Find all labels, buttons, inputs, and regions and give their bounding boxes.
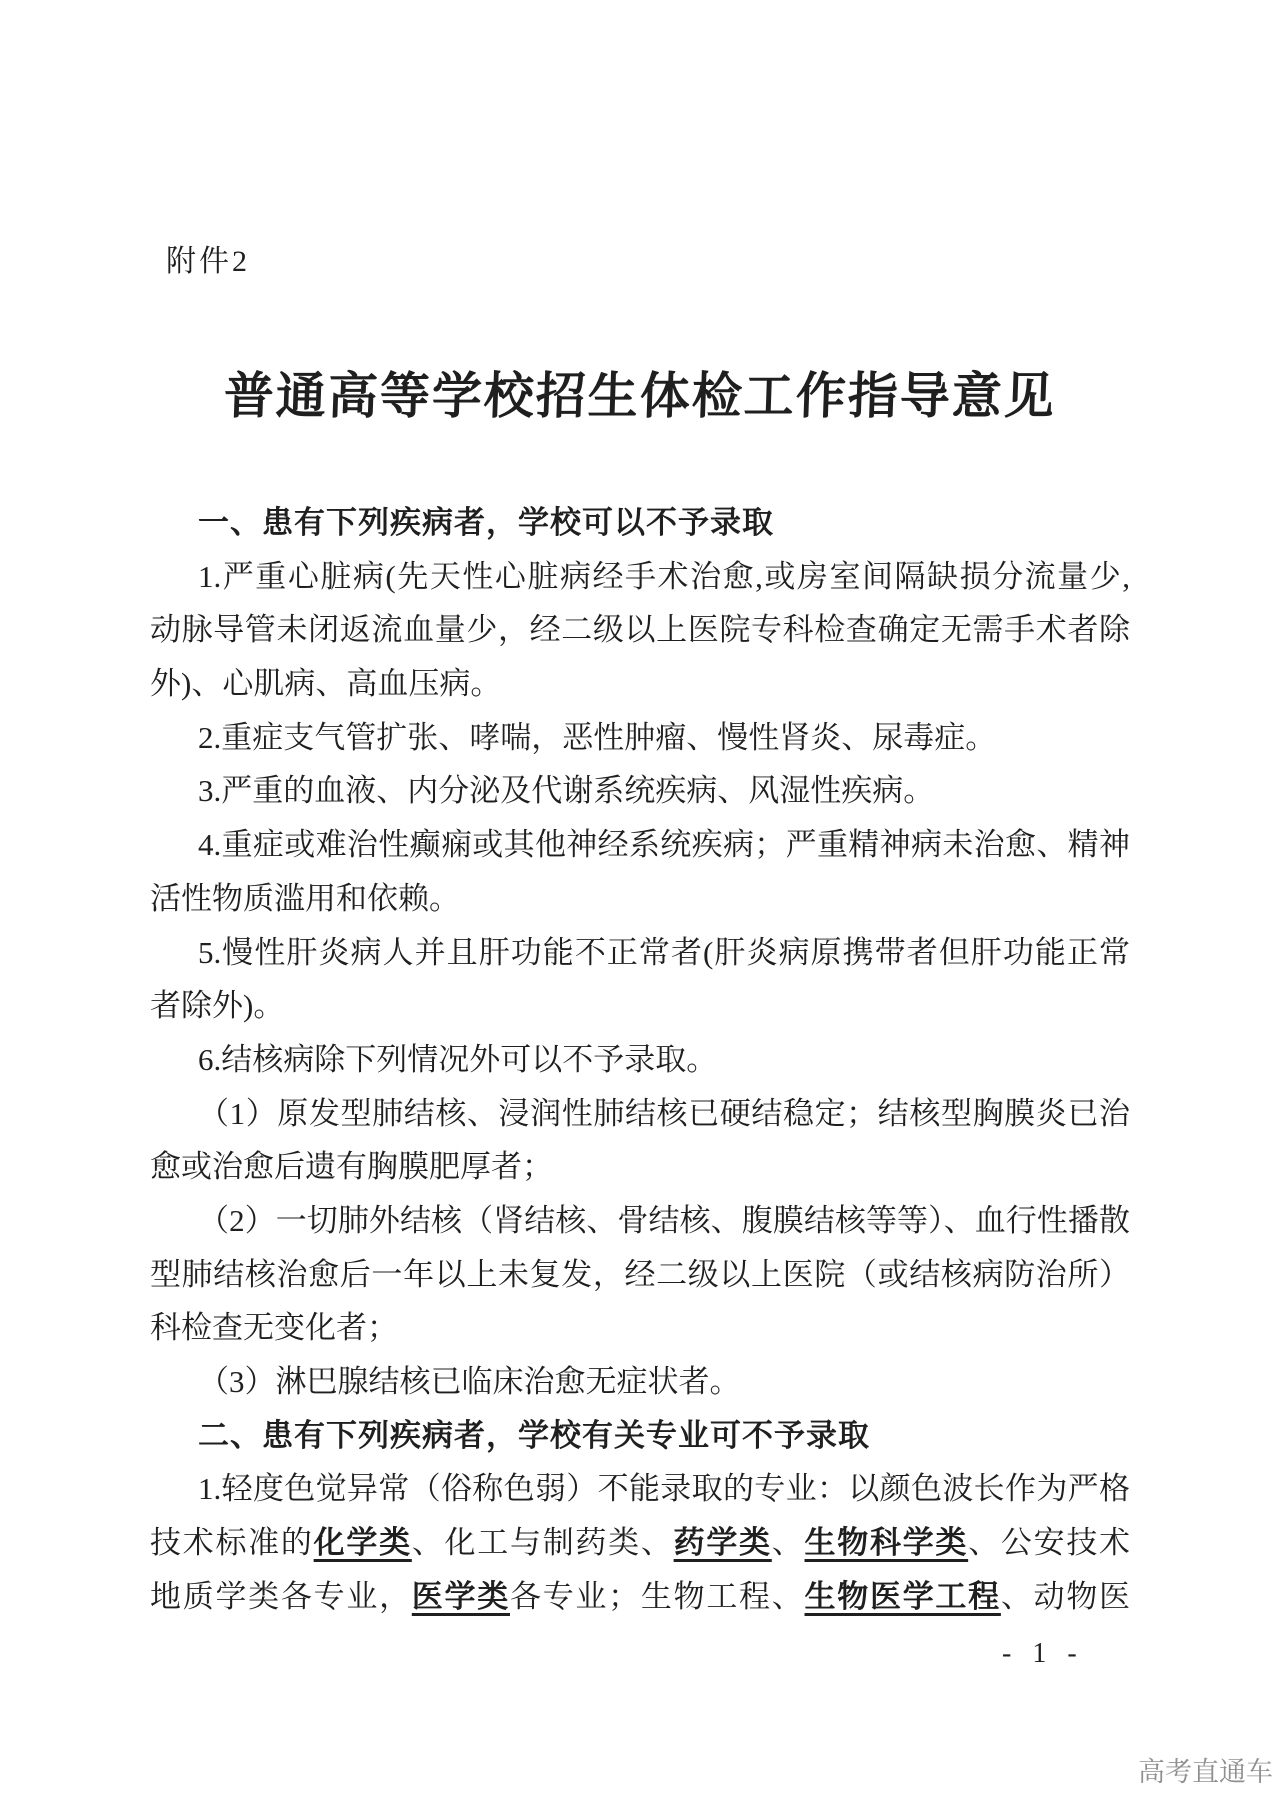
document-line: （1）原发型肺结核、浸润性肺结核已硬结稳定；结核型胸膜炎已治 [150, 1087, 1130, 1141]
text-segment: 科检查无变化者； [150, 1310, 398, 1345]
document-line: 3.严重的血液、内分泌及代谢系统疾病、风湿性疾病。 [150, 764, 1130, 818]
text-segment: 2.重症支气管扩张、哮喘，恶性肿瘤、慢性肾炎、尿毒症。 [198, 720, 996, 755]
text-segment: 型肺结核治愈后一年以上未复发，经二级以上医院（或结核病防治所）专 [150, 1257, 1130, 1302]
text-segment: 者除外)。 [150, 988, 284, 1023]
text-segment: 地质学类各专业， [150, 1579, 412, 1614]
emphasized-term: 生物科学类 [805, 1525, 969, 1560]
document-rows: 一、患有下列疾病者，学校可以不予录取1.严重心脏病(先天性心脏病经手术治愈,或房… [150, 496, 1130, 1623]
text-segment: 5.慢性肝炎病人并且肝功能不正常者(肝炎病原携带者但肝功能正常 [198, 935, 1130, 970]
text-segment: 、 [772, 1525, 805, 1560]
text-segment: 动脉导管未闭返流血量少，经二级以上医院专科检查确定无需手术者除 [150, 612, 1130, 647]
document-line: 1.轻度色觉异常（俗称色弱）不能录取的专业：以颜色波长作为严格 [150, 1462, 1130, 1516]
emphasized-term: 生物医学工程 [805, 1579, 1001, 1614]
document-line: 5.慢性肝炎病人并且肝功能不正常者(肝炎病原携带者但肝功能正常 [150, 926, 1130, 980]
text-segment: 愈或治愈后遗有胸膜肥厚者； [150, 1149, 553, 1184]
text-segment: 1.严重心脏病(先天性心脏病经手术治愈,或房室间隔缺损分流量少, [198, 559, 1130, 594]
text-segment: （2）一切肺外结核（肾结核、骨结核、腹膜结核等等）、血行性播散 [198, 1203, 1130, 1238]
text-segment: （3）淋巴腺结核已临床治愈无症状者。 [198, 1364, 741, 1399]
document-line: 外)、心肌病、高血压病。 [150, 657, 1130, 711]
document-line: 4.重症或难治性癫痫或其他神经系统疾病；严重精神病未治愈、精神 [150, 818, 1130, 872]
document-line: 技术标准的化学类、化工与制药类、药学类、生物科学类、公安技术类、 [150, 1516, 1130, 1570]
document-line: 动脉导管未闭返流血量少，经二级以上医院专科检查确定无需手术者除 [150, 603, 1130, 657]
document-line: 者除外)。 [150, 979, 1130, 1033]
text-segment: 外)、心肌病、高血压病。 [150, 666, 501, 701]
emphasized-term: 药学类 [674, 1525, 772, 1560]
text-segment: 二、患有下列疾病者，学校有关专业可不予录取 [198, 1418, 870, 1453]
attachment-label: 附件2 [166, 236, 250, 280]
text-segment: 活性物质滥用和依赖。 [150, 881, 460, 916]
document-line: （3）淋巴腺结核已临床治愈无症状者。 [150, 1355, 1130, 1409]
document-line: 愈或治愈后遗有胸膜肥厚者； [150, 1140, 1130, 1194]
emphasized-term: 化学类 [314, 1525, 412, 1560]
emphasized-term: 医学类 [412, 1579, 510, 1614]
document-line: 活性物质滥用和依赖。 [150, 872, 1130, 926]
document-page: 附件2 普通高等学校招生体检工作指导意见 一、患有下列疾病者，学校可以不予录取1… [0, 0, 1280, 1810]
text-segment: 、化工与制药类、 [412, 1525, 674, 1560]
document-line: 6.结核病除下列情况外可以不予录取。 [150, 1033, 1130, 1087]
page-title: 普通高等学校招生体检工作指导意见 [149, 356, 1132, 428]
watermark-label: 高考直通车 [1138, 1750, 1273, 1789]
text-segment: 3.严重的血液、内分泌及代谢系统疾病、风湿性疾病。 [198, 773, 934, 808]
document-line: 2.重症支气管扩张、哮喘，恶性肿瘤、慢性肾炎、尿毒症。 [150, 711, 1130, 765]
text-segment: 1.轻度色觉异常（俗称色弱）不能录取的专业：以颜色波长作为严格 [198, 1471, 1130, 1506]
page-number: - 1 - [1002, 1638, 1084, 1670]
text-segment: 6.结核病除下列情况外可以不予录取。 [198, 1042, 717, 1077]
document-line: （2）一切肺外结核（肾结核、骨结核、腹膜结核等等）、血行性播散 [150, 1194, 1130, 1248]
text-segment: 技术标准的 [150, 1525, 314, 1560]
section-heading: 一、患有下列疾病者，学校可以不予录取 [150, 496, 1130, 550]
text-segment: （1）原发型肺结核、浸润性肺结核已硬结稳定；结核型胸膜炎已治 [198, 1096, 1130, 1131]
document-line: 科检查无变化者； [150, 1301, 1130, 1355]
text-segment: 一、患有下列疾病者，学校可以不予录取 [198, 505, 774, 540]
document-line: 1.严重心脏病(先天性心脏病经手术治愈,或房室间隔缺损分流量少, [150, 550, 1130, 604]
section-heading: 二、患有下列疾病者，学校有关专业可不予录取 [150, 1409, 1130, 1463]
document-line: 型肺结核治愈后一年以上未复发，经二级以上医院（或结核病防治所）专 [150, 1248, 1130, 1302]
text-segment: 各专业；生物工程、 [510, 1579, 805, 1614]
document-line: 地质学类各专业，医学类各专业；生物工程、生物医学工程、动物医学、 [150, 1570, 1130, 1624]
text-segment: 4.重症或难治性癫痫或其他神经系统疾病；严重精神病未治愈、精神 [198, 827, 1130, 862]
